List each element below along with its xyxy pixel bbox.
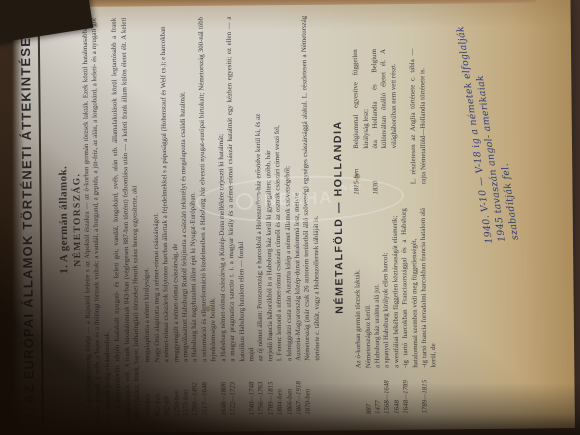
timeline-entry: 1815-ben Belgiummal egyesítve független …: [351, 49, 371, 199]
entry-date: 1648: [392, 368, 402, 418]
entry-date: 1789—1815: [420, 367, 439, 417]
entry-date: 1477: [373, 368, 383, 418]
intro-paragraph: A mai Németország földje — a Rajnától ke…: [81, 18, 113, 421]
reference-note: L. részletesen az Anglia története c. tá…: [408, 49, 428, 199]
entry-text: Belgiummal egyesítve független királyság…: [351, 49, 371, 149]
photo-of-book-page: V. AZ EURÓPAI ÁLLAMOK TÖRTÉNETI ÁTTEKINT…: [0, 0, 580, 435]
entry-date: 887: [364, 368, 374, 418]
germany-intro: A mai Németország földje — a Rajnától ke…: [81, 18, 143, 422]
entry-date: [354, 368, 364, 418]
entry-text: -ig tartó francia forradalmi harcokban f…: [419, 208, 439, 368]
entry-text: óta Hollandia és Belgium különváltan öná…: [370, 49, 399, 149]
netherlands-right-entries: 1815-ben Belgiummal egyesítve független …: [351, 49, 400, 199]
timeline-entry: 1648—1789 -ig tartó harcokban Franciaors…: [400, 208, 421, 418]
netherlands-section: Az ó-korban germán törzsek lakták. 887 N…: [351, 14, 440, 418]
entry-date: 1870-ben: [304, 361, 323, 419]
section-heading-german-states: 1. A germán államok.: [56, 18, 72, 421]
watermark-suffix: .NET: [337, 183, 364, 193]
entry-date: 1517—1648: [200, 362, 219, 420]
intro-paragraph: A népvándorlás idején kialakult nyugati-…: [110, 18, 142, 421]
entry-date: 1648—1789: [402, 368, 421, 418]
timeline-entry: 1789—1815 -ig tartó francia forradalmi h…: [419, 208, 440, 418]
entry-date: 1740—1748: [247, 361, 257, 419]
entry-date: 1568—1648: [383, 368, 393, 418]
magnifier-icon: [236, 192, 254, 210]
netherlands-left-column: Az ó-korban germán törzsek lakták. 887 N…: [353, 208, 440, 418]
page-title: V. AZ EURÓPAI ÁLLAMOK TÖRTÉNETI ÁTTEKINT…: [18, 19, 37, 422]
entry-text: -ig tartó harcokban Franciaországgal és …: [400, 208, 420, 368]
handwritten-annotation: 1940. V-10 — V-18 ig a németek elfoglalj…: [451, 0, 522, 244]
watermark-text: INEXHA: [257, 188, 334, 211]
title-rule: [38, 23, 44, 422]
timeline-entry: 1830 óta Hollandia és Belgium különválta…: [370, 49, 400, 199]
entry-date: 1722—1723: [228, 361, 247, 419]
